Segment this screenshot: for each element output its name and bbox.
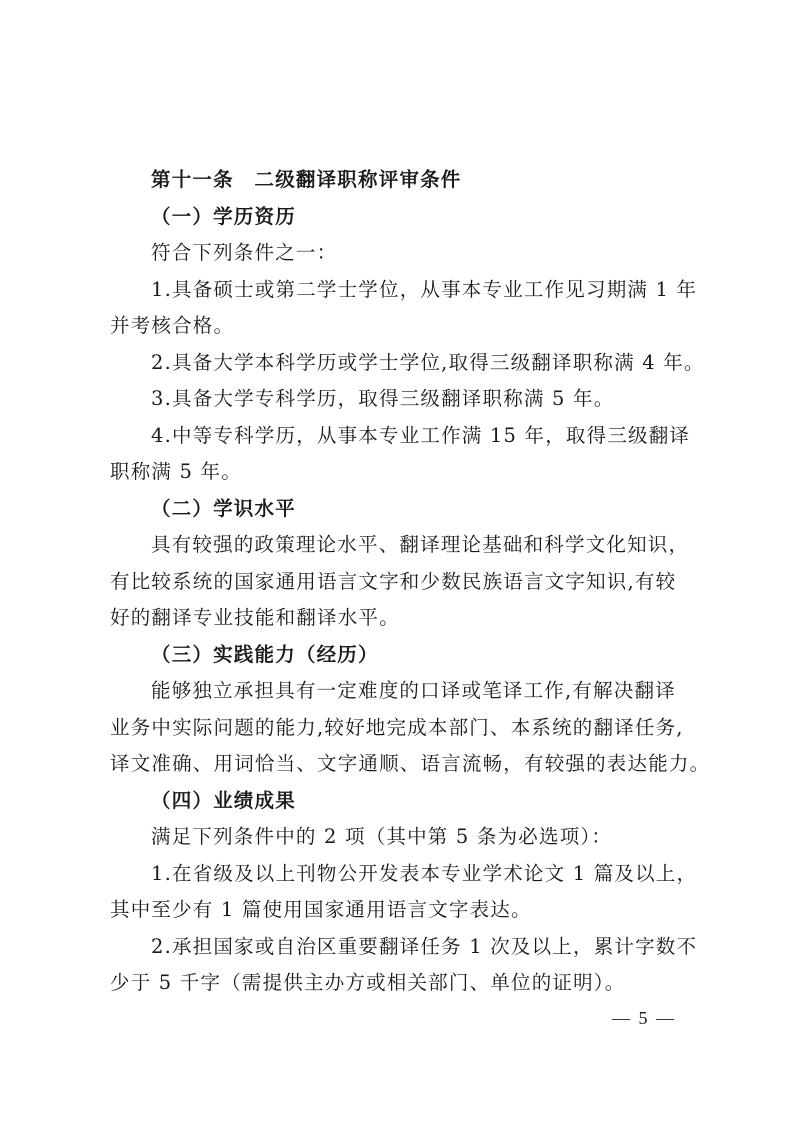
continuation-line: 并考核合格。: [110, 308, 684, 345]
paragraph-line: 能够独立承担具有一定难度的口译或笔译工作,有解决翻译: [110, 673, 684, 710]
continuation-line: 译文准确、用词恰当、文字通顺、语言流畅，有较强的表达能力。: [110, 746, 684, 783]
continuation-line: 有比较系统的国家通用语言文字和少数民族语言文字知识,有较: [110, 564, 684, 601]
continuation-line: 职称满 5 年。: [110, 454, 684, 491]
list-item-line: 3.具备大学专科学历，取得三级翻译职称满 5 年。: [110, 381, 684, 418]
continuation-line: 少于 5 千字（需提供主办方或相关部门、单位的证明）。: [110, 965, 684, 1002]
paragraph-line: 具有较强的政策理论水平、翻译理论基础和科学文化知识，: [110, 527, 684, 564]
list-item-line: 4.中等专科学历，从事本专业工作满 15 年，取得三级翻译: [110, 418, 684, 455]
paragraph-line: 满足下列条件中的 2 项（其中第 5 条为必选项）：: [110, 819, 684, 856]
document-body: 第十一条 二级翻译职称评审条件 （一）学历资历 符合下列条件之一： 1.具备硕士…: [110, 162, 684, 1002]
continuation-line: 业务中实际问题的能力,较好地完成本部门、本系统的翻译任务,: [110, 710, 684, 747]
section-heading-knowledge: （二）学识水平: [110, 491, 684, 528]
section-heading-practice: （三）实践能力（经历）: [110, 637, 684, 674]
continuation-line: 其中至少有 1 篇使用国家通用语言文字表达。: [110, 892, 684, 929]
list-item-line: 1.在省级及以上刊物公开发表本专业学术论文 1 篇及以上，: [110, 856, 684, 893]
list-item-line: 2.承担国家或自治区重要翻译任务 1 次及以上，累计字数不: [110, 929, 684, 966]
list-item-line: 1.具备硕士或第二学士学位，从事本专业工作见习期满 1 年: [110, 272, 684, 309]
section-heading-achievements: （四）业绩成果: [110, 783, 684, 820]
continuation-line: 好的翻译专业技能和翻译水平。: [110, 600, 684, 637]
document-page: 第十一条 二级翻译职称评审条件 （一）学历资历 符合下列条件之一： 1.具备硕士…: [0, 0, 793, 1122]
paragraph-line: 符合下列条件之一：: [110, 235, 684, 272]
article-heading: 第十一条 二级翻译职称评审条件: [110, 162, 684, 199]
list-item-line: 2.具备大学本科学历或学士学位,取得三级翻译职称满 4 年。: [110, 345, 684, 382]
section-heading-education: （一）学历资历: [110, 199, 684, 236]
page-number: — 5 —: [612, 1008, 676, 1029]
